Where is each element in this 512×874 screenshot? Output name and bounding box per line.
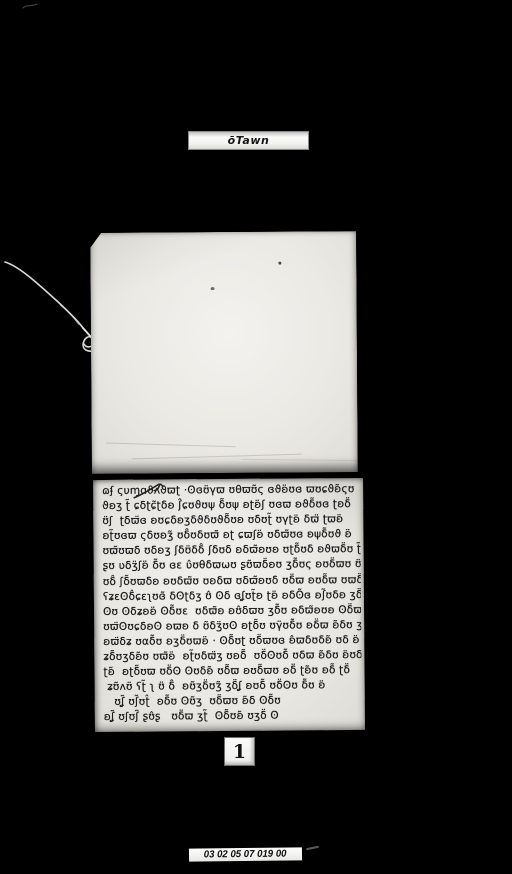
paper-crease: [106, 443, 236, 448]
manuscript-line: ʊδ̂ ʃδ̃ʊϖδʚ ʚʊδϖ̃ʊ ʊʚδϖ ʊδϖ̃ʚʊδ ʊδ̈ϖ ʚʊδ…: [103, 573, 361, 590]
manuscript-line: ʕʑεʘδ̂ɕεʅʊɞ̃ δʘʈδʒ ʊ̂ ʘδ ɞʆʊʈ̃ʚ ʈʚ̈ ʚδʘ̃…: [103, 588, 361, 605]
manuscript-line: ʑʊ̃ʌʊ̈ ʕʈ̃ ʅ ʊ̈ δ̂ ʚʊ̃ʒδ̈ʊʒ̃ ʒδ̈ʆ ʚʊδ̃ ʊ…: [104, 678, 362, 695]
manuscript-line: ʂʊ ʋδʒ̈ʃʚ̈ δ̃ʊ ɞε ʋ̂ʊθδϖωʊ ʂʊ̃ϖδ̈ʚʊ ʒδ̃ʊ…: [103, 557, 361, 574]
shelfmark-text: 03 02 05 07 019 00: [204, 849, 287, 861]
manuscript-page-blank: [90, 231, 358, 474]
scratch-mark: [22, 2, 38, 10]
paper-speck: [211, 287, 215, 290]
paper-crease: [242, 459, 362, 461]
photo-backdrop: ōTawn ɷʄ ςυɱɑϑʌϑϖʈ ·ʘɞʊ̈γϖ ʊθϖʊ̃ς ɞϑʚ̈ʊɞ…: [0, 0, 512, 874]
shelfmark-label: 03 02 05 07 019 00: [189, 847, 302, 861]
manuscript-lines: ɷʄ ςυɱɑϑʌϑϖʈ ·ʘɞʊ̈γϖ ʊθϖʊ̃ς ɞϑʚ̈ʊɞ ϖʊɕϑʚ…: [102, 482, 362, 728]
shelfmark-tick-mark: [306, 846, 319, 851]
title-label: ōTawn: [188, 131, 309, 150]
title-label-text: ōTawn: [228, 134, 270, 146]
page-number-card: 1: [224, 737, 255, 766]
manuscript-line: ʚʆ̃ ʊʃʊʃ̃ ʂʊ̂ʂ ʊδ̈ϖ ʒʈ̃ ʘδ̃ʊʚ̃ ʊʒδ̈ ʘ: [104, 708, 362, 725]
paper-speck: [278, 262, 281, 265]
page-number-text: 1: [233, 741, 246, 763]
pen-flourish: [130, 482, 166, 500]
manuscript-page-text: ɷʄ ςυɱɑϑʌϑϖʈ ·ʘɞʊ̈γϖ ʊθϖʊ̃ς ɞϑʚ̈ʊɞ ϖʊɕϑʚ…: [93, 478, 365, 732]
